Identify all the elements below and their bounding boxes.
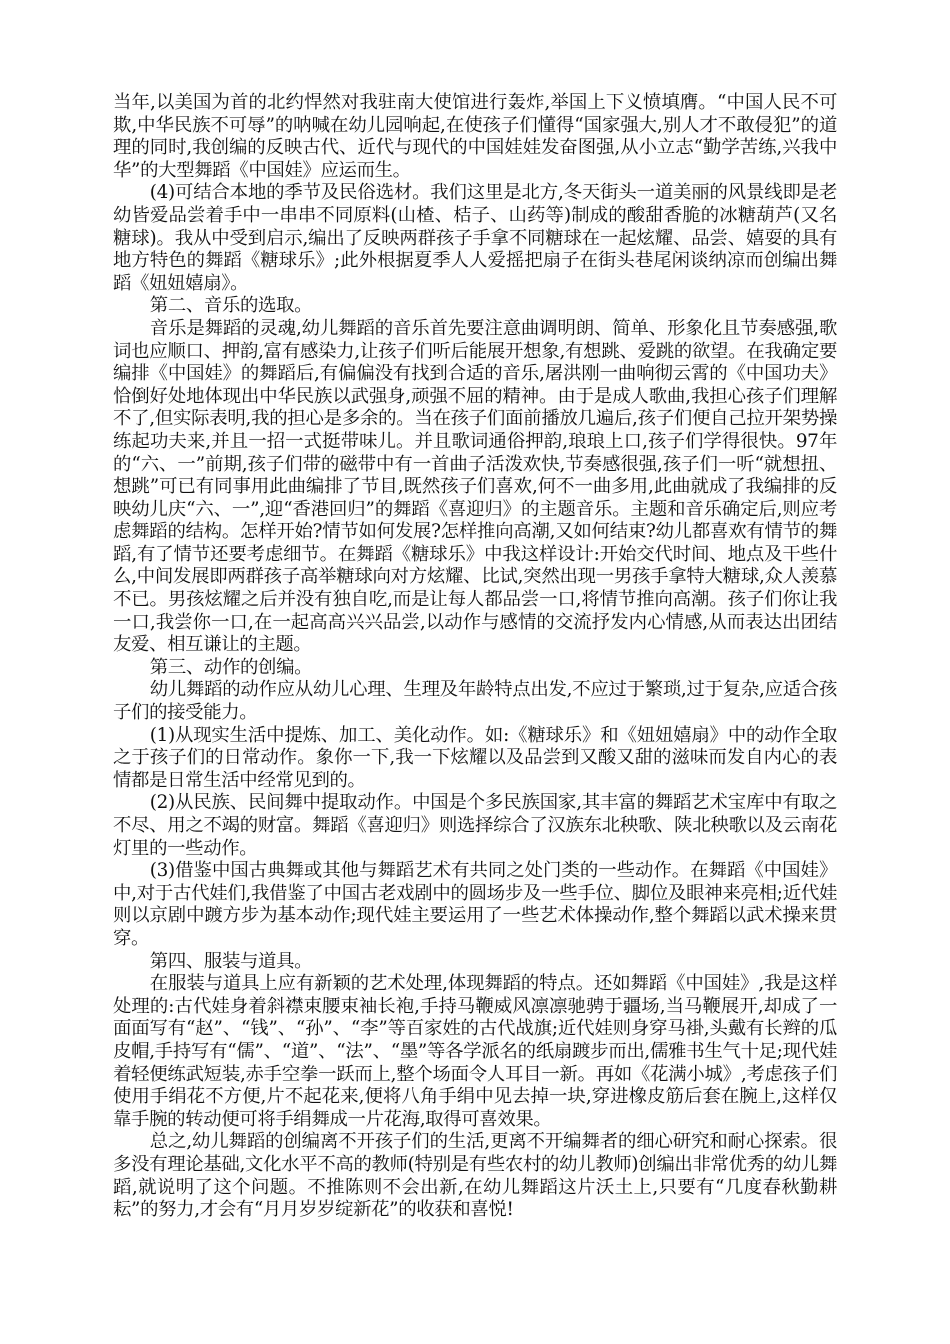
document-page: 当年,以美国为首的北约悍然对我驻南大使馆进行轰炸,举国上下义愤填膺。“中国人民不… bbox=[113, 92, 837, 1222]
paragraph-costume-props-body: 在服装与道具上应有新颖的艺术处理,体现舞蹈的特点。还如舞蹈《中国娃》,我是这样处… bbox=[113, 973, 837, 1131]
paragraph-intro-continuation: 当年,以美国为首的北约悍然对我驻南大使馆进行轰炸,举国上下义愤填膺。“中国人民不… bbox=[113, 92, 837, 182]
section-heading-movement: 第三、动作的创编。 bbox=[113, 657, 837, 680]
section-heading-music: 第二、音乐的选取。 bbox=[113, 295, 837, 318]
paragraph-movement-intro: 幼儿舞蹈的动作应从幼儿心理、生理及年龄特点出发,不应过于繁琐,过于复杂,应适合孩… bbox=[113, 679, 837, 724]
section-heading-costume-props: 第四、服装与道具。 bbox=[113, 951, 837, 974]
paragraph-movement-point-3: (3)借鉴中国古典舞或其他与舞蹈艺术有共同之处门类的一些动作。在舞蹈《中国娃》中… bbox=[113, 860, 837, 950]
paragraph-conclusion: 总之,幼儿舞蹈的创编离不开孩子们的生活,更离不开编舞者的细心研究和耐心探索。很多… bbox=[113, 1131, 837, 1221]
paragraph-movement-point-2: (2)从民族、民间舞中提取动作。中国是个多民族国家,其丰富的舞蹈艺术宝库中有取之… bbox=[113, 792, 837, 860]
paragraph-movement-point-1: (1)从现实生活中提炼、加工、美化动作。如:《糖球乐》和《妞妞嬉扇》中的动作全取… bbox=[113, 725, 837, 793]
paragraph-music-body: 音乐是舞蹈的灵魂,幼儿舞蹈的音乐首先要注意曲调明朗、简单、形象化且节奏感强,歌词… bbox=[113, 318, 837, 657]
paragraph-point-4-local-customs: (4)可结合本地的季节及民俗选材。我们这里是北方,冬天街头一道美丽的风景线即是老… bbox=[113, 182, 837, 295]
